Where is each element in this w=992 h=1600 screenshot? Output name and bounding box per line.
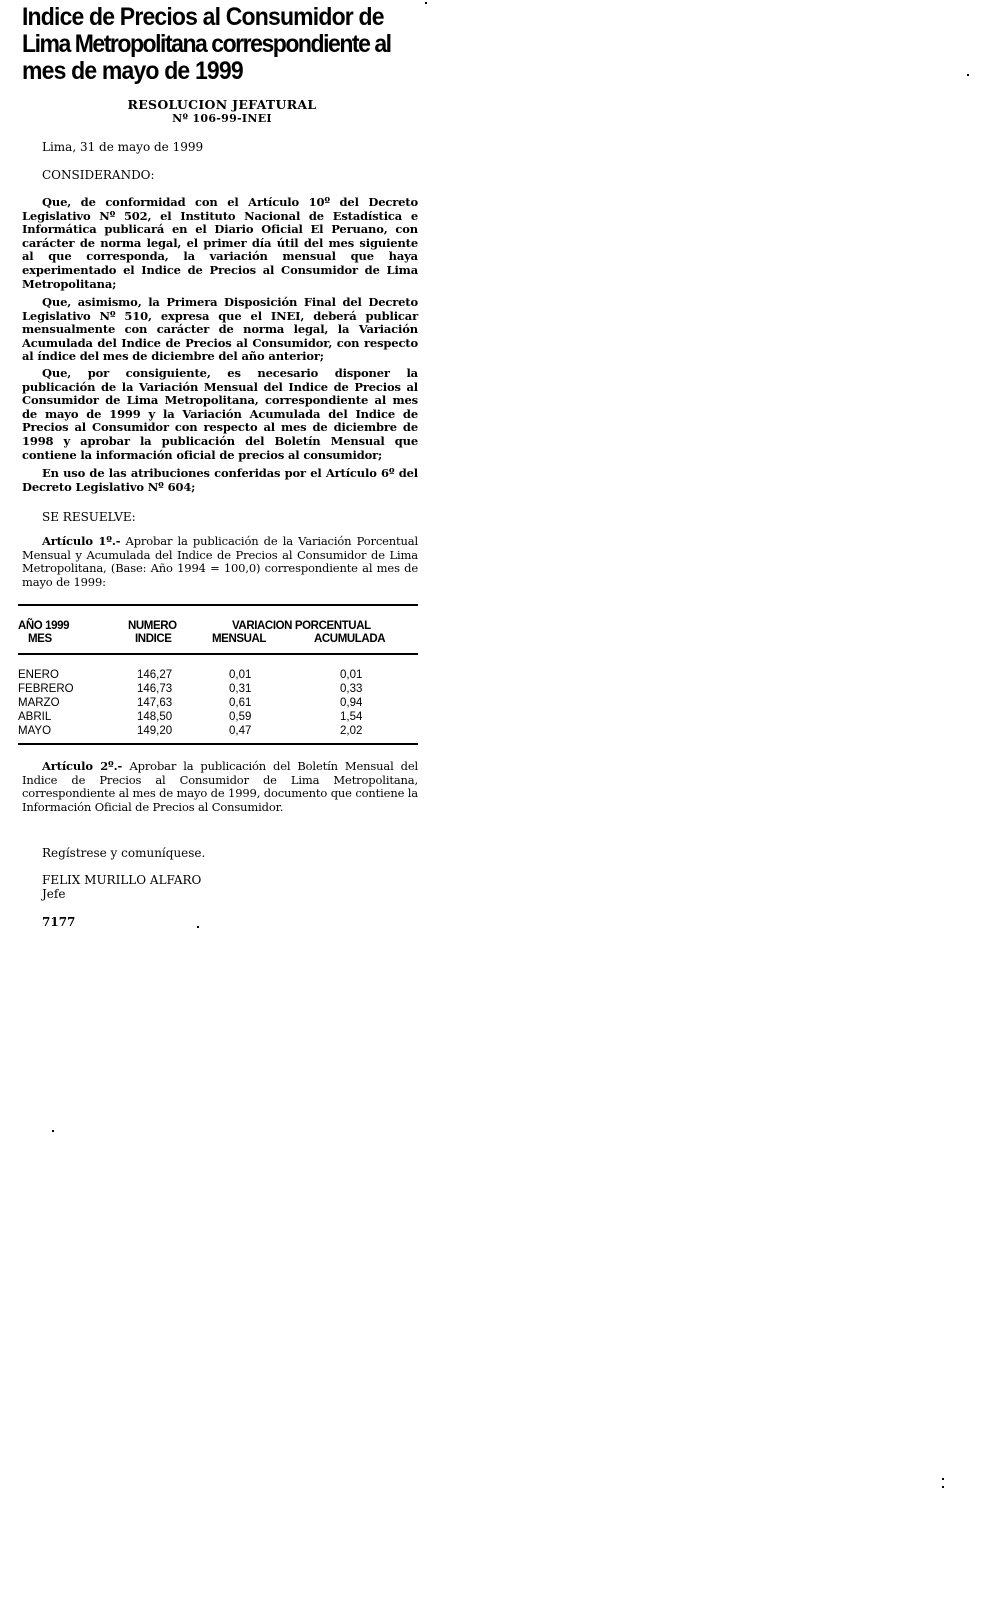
header-indice: INDICE	[135, 632, 172, 646]
title-line: Lima Metropolitana correspondiente al	[22, 31, 408, 58]
cell-mes: MAYO	[18, 724, 51, 738]
cell-indice: 147,63	[137, 696, 172, 710]
considerando-paragraph: Que, asimismo, la Primera Disposición Fi…	[22, 296, 418, 364]
header-mes: MES	[28, 632, 52, 646]
cell-mes: ENERO	[18, 668, 59, 682]
resolution-header: RESOLUCION JEFATURAL Nº 106-99-INEI	[22, 98, 422, 126]
resolution-number: Nº 106-99-INEI	[22, 112, 422, 126]
considerando-paragraph: Que, por consiguiente, es necesario disp…	[22, 367, 418, 462]
closing-line: Regístrese y comuníquese.	[42, 846, 205, 860]
scan-speck	[967, 74, 969, 76]
articulo-1-label: Artículo 1º.-	[42, 534, 120, 548]
cell-indice: 146,73	[137, 682, 172, 696]
cell-mensual: 0,01	[229, 668, 251, 682]
cell-mes: FEBRERO	[18, 682, 74, 696]
cell-acumulada: 1,54	[340, 710, 362, 724]
se-resuelve-label: SE RESUELVE:	[42, 510, 136, 524]
cell-acumulada: 0,33	[340, 682, 362, 696]
articulo-2-label: Artículo 2º.-	[42, 759, 122, 773]
title-line: Indice de Precios al Consumidor de	[22, 4, 408, 31]
cell-mensual: 0,47	[229, 724, 251, 738]
header-numero: NUMERO	[128, 619, 177, 633]
scan-speck	[942, 1486, 944, 1488]
scan-speck	[425, 2, 427, 4]
header-mensual: MENSUAL	[212, 632, 266, 646]
articulo-1: Artículo 1º.- Aprobar la publicación de …	[22, 535, 418, 589]
resolution-heading: RESOLUCION JEFATURAL	[22, 98, 422, 112]
scan-speck	[942, 1478, 944, 1480]
considerando-label: CONSIDERANDO:	[42, 168, 155, 182]
articulo-2: Artículo 2º.- Aprobar la publicación del…	[22, 760, 418, 814]
scan-speck	[52, 1130, 54, 1132]
document-title: Indice de Precios al Consumidor de Lima …	[22, 4, 408, 85]
header-year: AÑO 1999	[18, 619, 69, 633]
signatory-role: Jefe	[42, 887, 65, 901]
cell-acumulada: 0,01	[340, 668, 362, 682]
table-top-rule	[18, 604, 418, 606]
cell-mes: MARZO	[18, 696, 60, 710]
considerando-paragraph: Que, de conformidad con el Artículo 10º …	[22, 196, 418, 291]
title-line: mes de mayo de 1999	[22, 58, 408, 85]
cell-acumulada: 2,02	[340, 724, 362, 738]
header-variacion-porcentual: VARIACION PORCENTUAL	[232, 619, 371, 633]
date-line: Lima, 31 de mayo de 1999	[42, 140, 203, 154]
cell-acumulada: 0,94	[340, 696, 362, 710]
scan-speck	[197, 926, 199, 928]
cell-mes: ABRIL	[18, 710, 51, 724]
cell-mensual: 0,31	[229, 682, 251, 696]
cell-indice: 149,20	[137, 724, 172, 738]
cell-mensual: 0,61	[229, 696, 251, 710]
table-header-rule	[18, 653, 418, 655]
table-bottom-rule	[18, 743, 418, 745]
reference-number: 7177	[42, 915, 75, 929]
signatory-name: FELIX MURILLO ALFARO	[42, 873, 201, 887]
cell-indice: 148,50	[137, 710, 172, 724]
cell-mensual: 0,59	[229, 710, 251, 724]
considerando-paragraph: En uso de las atribuciones conferidas po…	[22, 467, 418, 494]
cell-indice: 146,27	[137, 668, 172, 682]
header-acumulada: ACUMULADA	[314, 632, 385, 646]
